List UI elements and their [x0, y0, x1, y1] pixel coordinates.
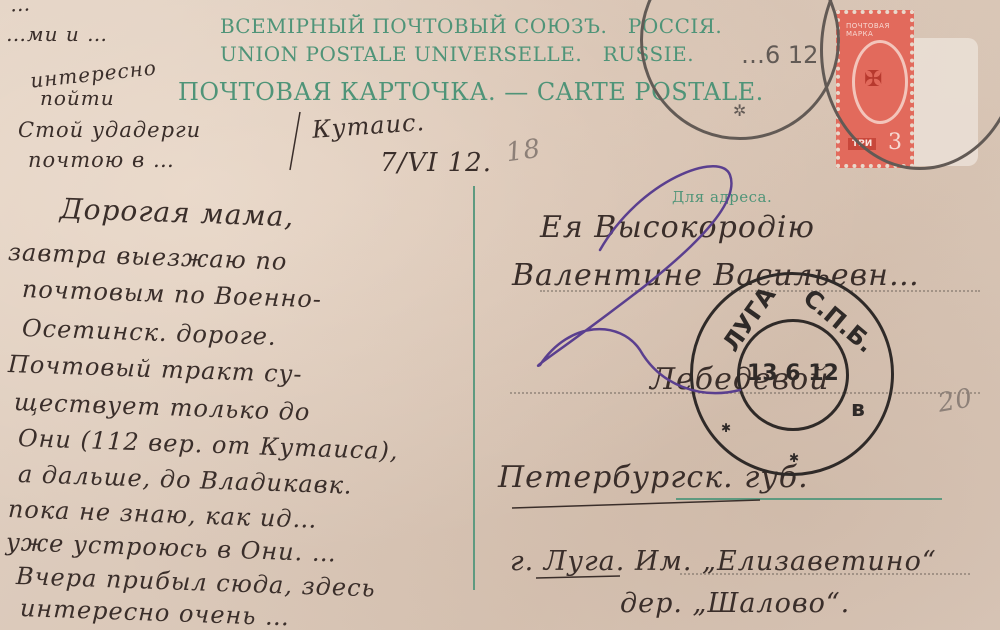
violet-number-mark — [0, 0, 1000, 630]
postcard: ВСЕМІРНЫЙ ПОЧТОВЫЙ СОЮЗЪ. РОССІЯ. UNION … — [0, 0, 1000, 630]
